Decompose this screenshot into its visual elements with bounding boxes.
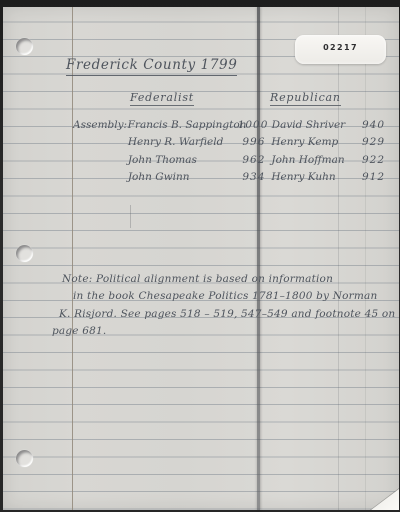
catalog-number: 02217 <box>323 43 358 57</box>
page-title: Frederick County 1799 <box>66 57 237 76</box>
republican-votes: 929 <box>359 136 385 148</box>
federalist-name: John Gwinn <box>128 171 238 183</box>
republican-votes: 912 <box>359 171 385 183</box>
federalist-name: Francis B. Sappington <box>128 119 238 131</box>
federalist-votes: 996 <box>237 136 268 148</box>
fold-shadow-line <box>257 7 260 510</box>
federalist-votes: 934 <box>237 171 268 183</box>
table-row: John Gwinn 934 Henry Kuhn 912 <box>73 171 385 188</box>
hole-punch-bottom <box>16 450 33 467</box>
federalist-votes: 1000 <box>238 119 269 131</box>
table-row: John Thomas 962 John Hoffman 922 <box>73 154 385 171</box>
vote-table: Assembly: Francis B. Sappington 1000 Dav… <box>73 119 385 189</box>
notebook-page: 02217 Frederick County 1799 Federalist R… <box>3 7 399 510</box>
republican-name: Henry Kemp <box>268 136 359 148</box>
ruled-lines <box>3 5 399 510</box>
republican-name: John Hoffman <box>268 154 359 166</box>
federalist-name: John Thomas <box>128 154 238 166</box>
hole-punch-top <box>16 38 33 55</box>
margin-line <box>72 7 73 510</box>
table-row: Henry R. Warfield 996 Henry Kemp 929 <box>73 136 385 153</box>
row-label: Assembly: <box>73 119 128 131</box>
note-line: page 681. <box>52 325 106 337</box>
note-line: Note: Political alignment is based on in… <box>62 273 333 285</box>
republican-votes: 940 <box>359 119 385 131</box>
scan-artifact-line <box>365 7 366 510</box>
federalist-votes: 962 <box>237 154 268 166</box>
scan-artifact-line <box>338 7 339 510</box>
republican-name: David Shriver <box>269 119 359 131</box>
column-header-republican: Republican <box>270 91 341 106</box>
table-row: Assembly: Francis B. Sappington 1000 Dav… <box>73 119 385 136</box>
pencil-stray-mark <box>130 205 131 228</box>
federalist-name: Henry R. Warfield <box>128 136 238 148</box>
republican-votes: 922 <box>359 154 385 166</box>
note-line: in the book Chesapeake Politics 1781–180… <box>73 290 377 302</box>
republican-name: Henry Kuhn <box>268 171 359 183</box>
note-line: K. Risjord. See pages 518 – 519, 547–549… <box>59 308 395 320</box>
catalog-sticker: 02217 <box>295 35 386 64</box>
hole-punch-middle <box>16 245 33 262</box>
column-header-federalist: Federalist <box>130 91 194 106</box>
